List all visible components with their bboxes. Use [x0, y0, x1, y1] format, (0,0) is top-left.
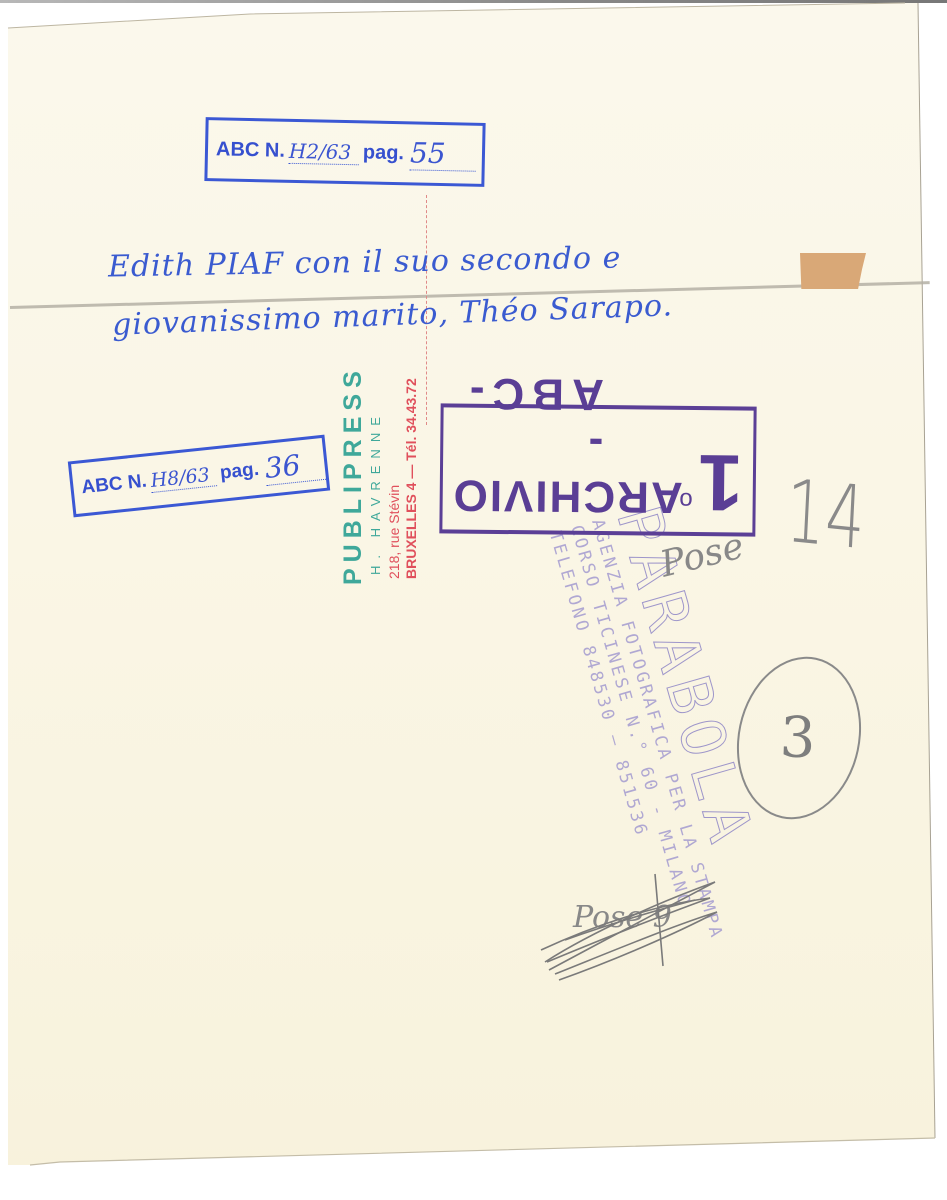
abc-page-label: pag. [219, 459, 260, 485]
crossed-out-note: Pose 9 [535, 870, 725, 990]
publipress-address: 218, rue Stévin [385, 365, 403, 585]
abc-prefix: ABC N. [216, 138, 285, 162]
publipress-owner: H. HAVRENNE [367, 365, 385, 585]
pencil-pose-count: 14 [784, 460, 868, 570]
circled-number-value: 3 [779, 705, 817, 771]
scan-edge-shadow [0, 0, 947, 3]
scanned-document: ABC N. H2/63 pag. 55 ABC N. H8/63 pag. 3… [0, 0, 947, 1200]
abc-page-number: 36 [263, 446, 326, 486]
publipress-city-phone: BRUXELLES 4 — Tél. 34.43.72 [403, 365, 419, 585]
abc-stamp-top: ABC N. H2/63 pag. 55 [204, 117, 485, 187]
abc-prefix: ABC N. [80, 471, 147, 500]
abc-number: H2/63 [289, 138, 360, 164]
publipress-name: PUBLIPRESS [340, 365, 367, 585]
archivio-abc: -ABC- [443, 367, 604, 469]
abc-number: H8/63 [150, 463, 218, 493]
scribble-strokes [535, 870, 725, 990]
publipress-stamp: PUBLIPRESS H. HAVRENNE 218, rue Stévin B… [340, 365, 419, 585]
abc-page-number: 55 [410, 136, 477, 171]
abc-page-label: pag. [363, 141, 405, 165]
tape-remnant [800, 253, 866, 289]
archivio-abc-stamp: 1 o ARCHIVIO -ABC- [439, 403, 756, 536]
archivio-number: 1 [698, 442, 743, 522]
archivio-label: ARCHIVIO [451, 469, 683, 521]
